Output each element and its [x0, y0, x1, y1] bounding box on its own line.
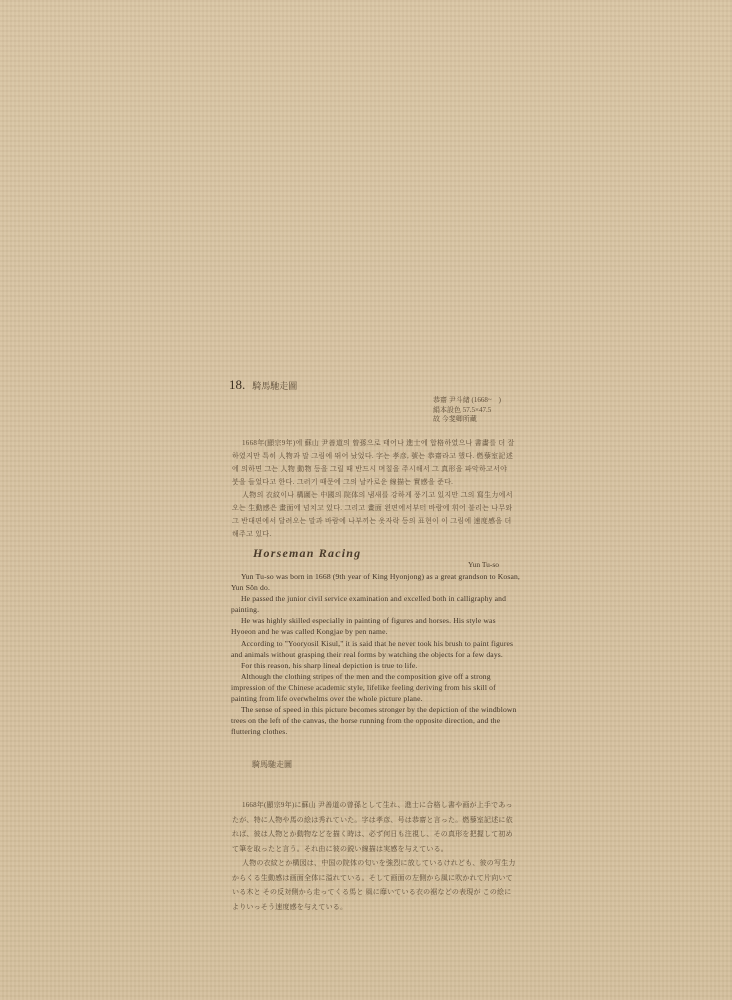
- korean-paragraph: 1668年(顯宗9年)에 蘇山 尹善道의 曾孫으로 태어나 進士에 합格하였으나…: [232, 437, 515, 489]
- korean-description: 1668年(顯宗9年)에 蘇山 尹善道의 曾孫으로 태어나 進士에 합格하였으나…: [232, 437, 515, 541]
- english-paragraph: Although the clothing stripes of the men…: [231, 671, 521, 704]
- japanese-paragraph: 1668年(顯宗9年)に蘇山 尹善道の曾孫として生れ、進士に合格し書や画が上手で…: [232, 798, 517, 856]
- japanese-paragraph: 人物の衣紋とか構図は、中国の院体の匂いを強烈に放しているけれども、彼の写生力から…: [232, 856, 517, 914]
- english-paragraph: The sense of speed in this picture becom…: [231, 704, 521, 737]
- korean-paragraph: 人物의 衣紋이나 構圖는 中國의 院体의 냄새를 강하게 풍기고 있지만 그의 …: [232, 489, 515, 541]
- english-paragraph: He passed the junior civil service exami…: [231, 593, 521, 615]
- plate-header: 18. 騎馬馳走圖: [229, 377, 297, 393]
- english-paragraph: For this reason, his sharp lineal depict…: [231, 660, 521, 671]
- japanese-description: 1668年(顯宗9年)に蘇山 尹善道の曾孫として生れ、進士に合格し書や画が上手で…: [232, 798, 517, 914]
- meta-artist: 恭齋 尹斗緖 (1668~ ): [433, 396, 501, 406]
- english-paragraph: He was highly skilled especially in pain…: [231, 615, 521, 637]
- meta-medium: 絹本設色 57.5×47.5: [433, 406, 501, 416]
- japanese-title: 騎馬馳走圖: [252, 759, 292, 770]
- english-description: Yun Tu-so was born in 1668 (9th year of …: [231, 571, 521, 737]
- plate-number: 18.: [229, 377, 245, 392]
- english-paragraph: According to "Yooryosil Kisul," it is sa…: [231, 638, 521, 660]
- english-paragraph: Yun Tu-so was born in 1668 (9th year of …: [231, 571, 521, 593]
- english-author: Yun Tu-so: [468, 560, 499, 569]
- meta-collection: 故 今斐卿所藏: [433, 415, 501, 425]
- scanned-page: 18. 騎馬馳走圖 恭齋 尹斗緖 (1668~ ) 絹本設色 57.5×47.5…: [0, 0, 732, 1000]
- english-title: Horseman Racing: [253, 546, 361, 561]
- plate-title-hanja: 騎馬馳走圖: [252, 381, 297, 391]
- artwork-metadata: 恭齋 尹斗緖 (1668~ ) 絹本設色 57.5×47.5 故 今斐卿所藏: [433, 396, 501, 425]
